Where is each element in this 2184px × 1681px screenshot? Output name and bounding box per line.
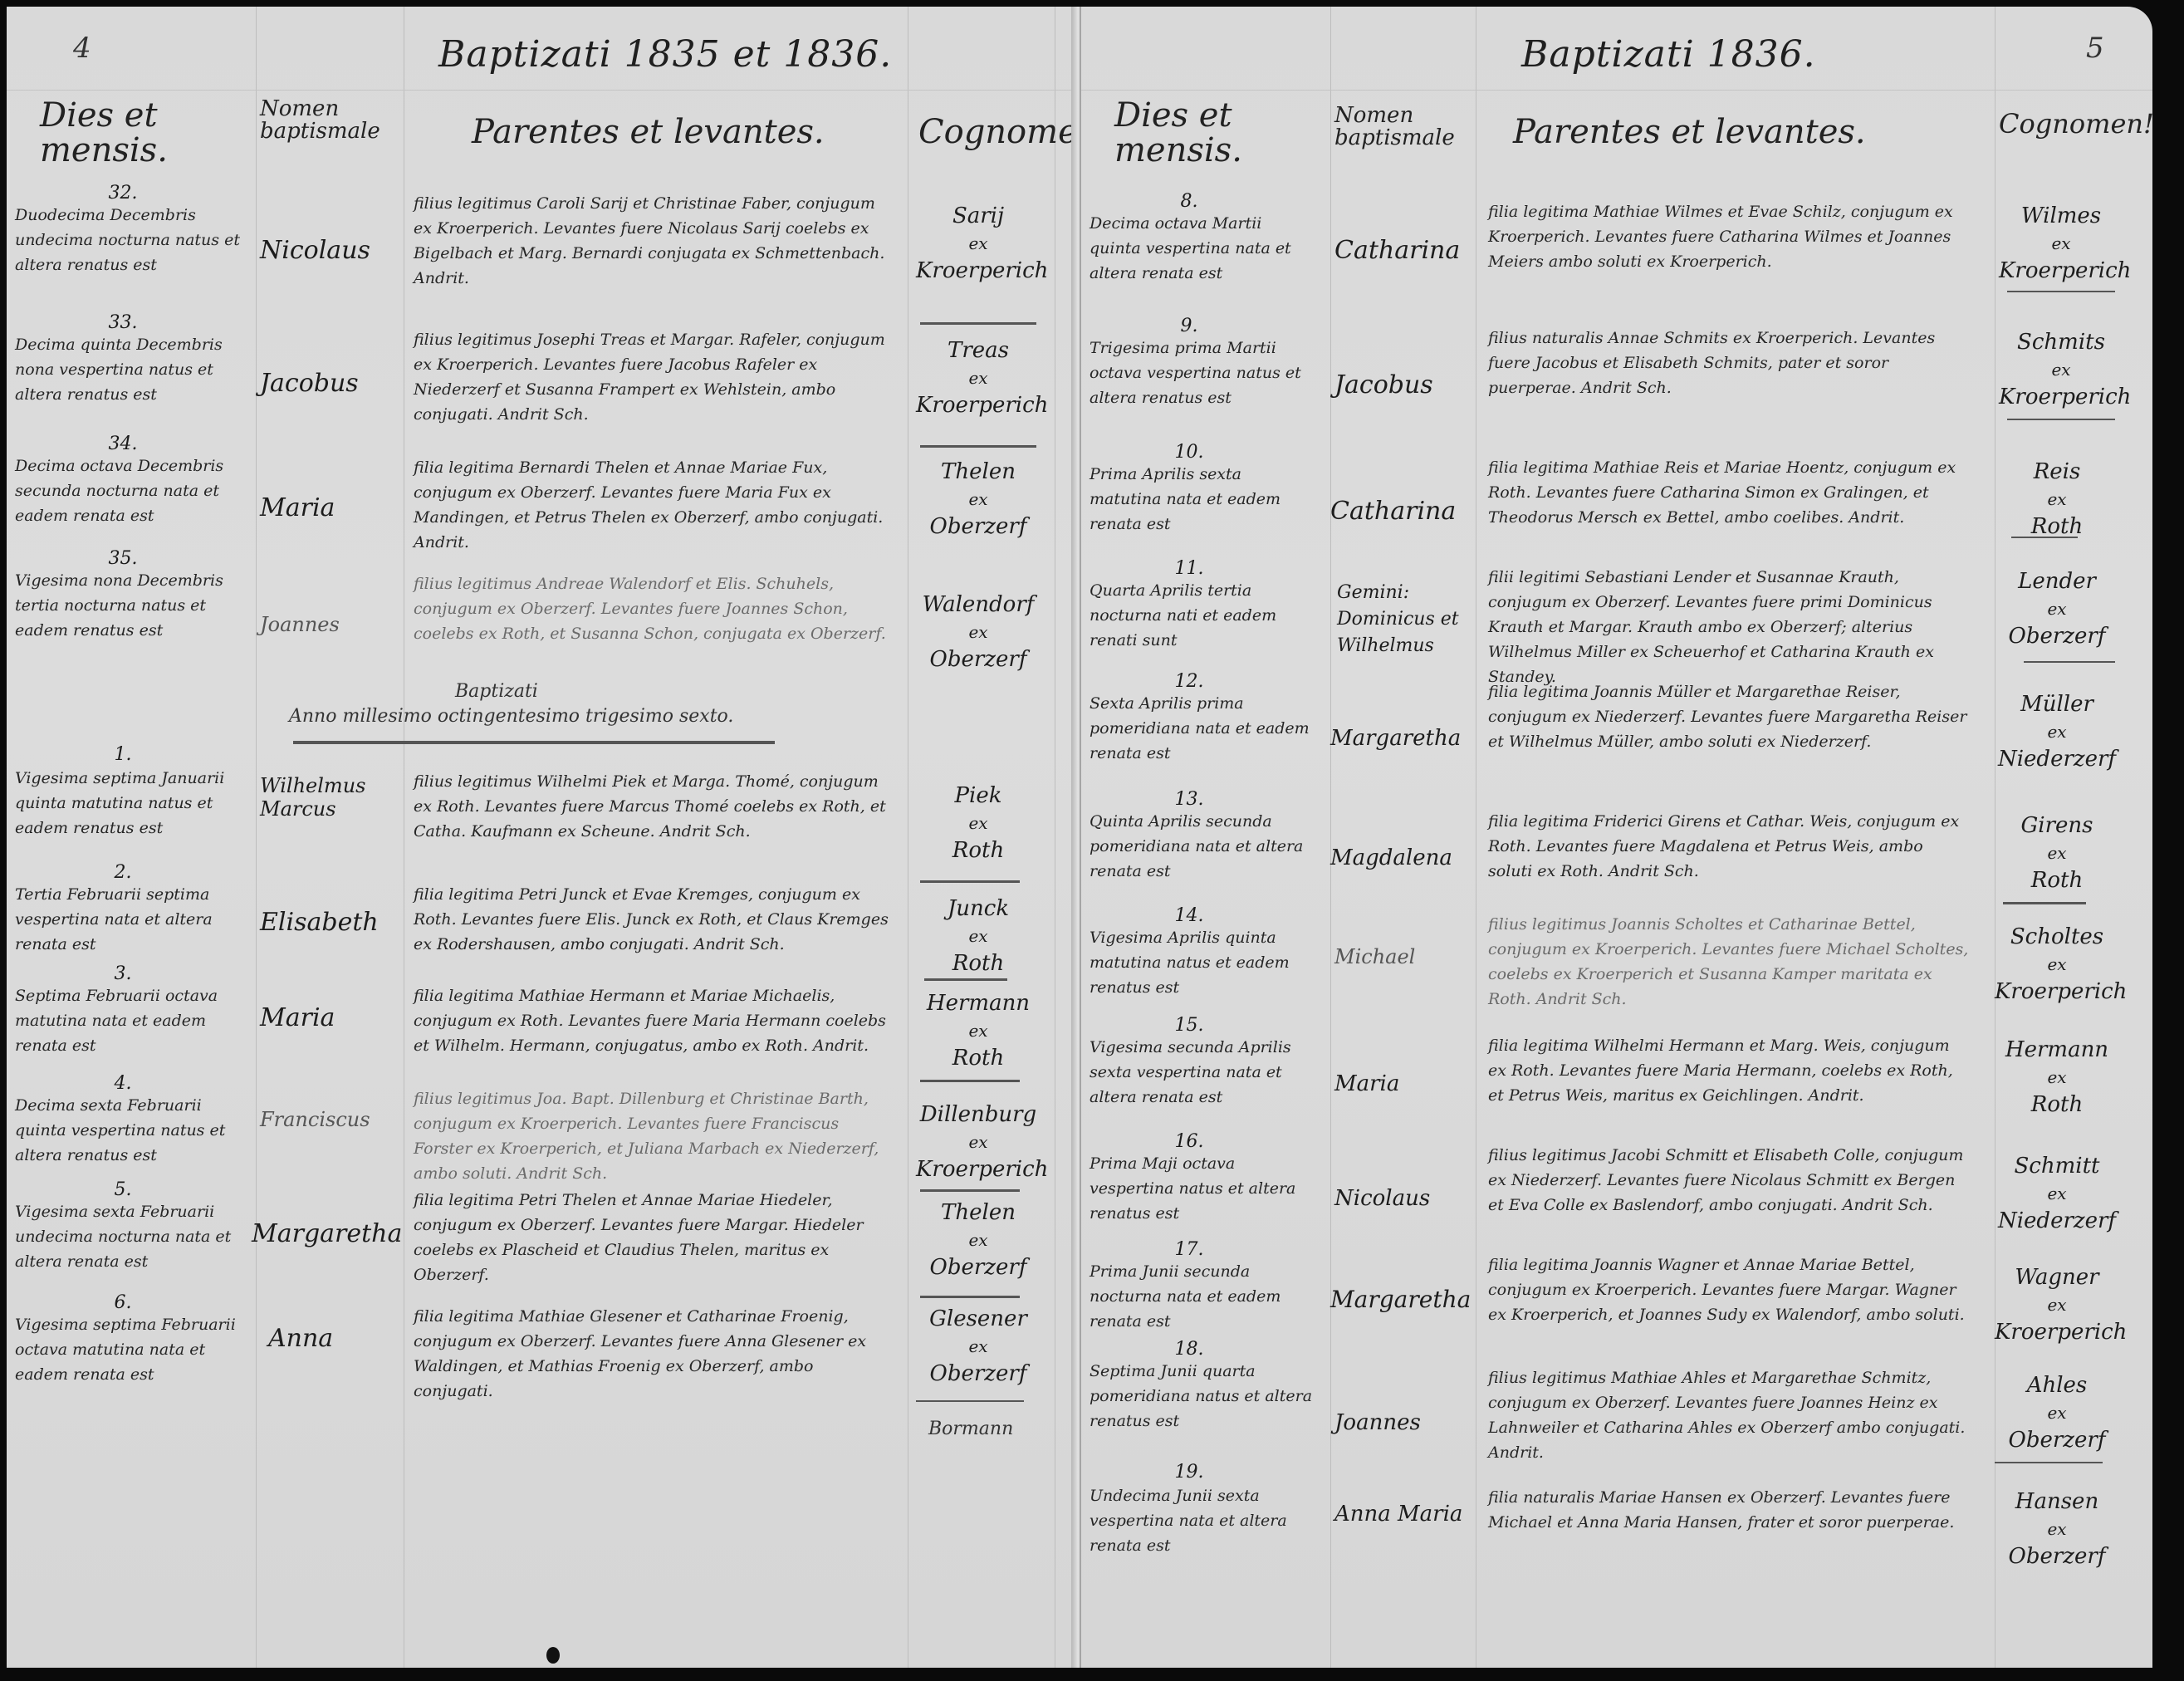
surname: Wilmes ex Kroerperich bbox=[1999, 199, 2123, 287]
column-divider bbox=[1330, 7, 1331, 1668]
entry-number: 2. bbox=[98, 862, 148, 883]
header-rule bbox=[7, 90, 1078, 91]
ink-blot bbox=[546, 1647, 560, 1664]
baptismal-name: Nicolaus bbox=[1334, 1186, 1430, 1211]
entry-date: Quarta Aprilis tertia nocturna nati et e… bbox=[1090, 578, 1318, 653]
baptismal-name: Margaretha bbox=[1330, 726, 1461, 751]
column-divider bbox=[1476, 7, 1476, 1668]
page-title: Baptizati 1836. bbox=[1521, 33, 1816, 76]
entry-separator bbox=[920, 445, 1036, 448]
baptismal-name: Margaretha bbox=[1330, 1286, 1471, 1313]
surname: Schmits ex Kroerperich bbox=[1999, 326, 2123, 414]
entry-date: Septima Junii quarta pomeridiana natus e… bbox=[1090, 1359, 1318, 1434]
entry-number: 34. bbox=[98, 434, 148, 454]
entry-number: 14. bbox=[1164, 905, 1214, 926]
entry-separator bbox=[2003, 902, 2086, 904]
baptismal-name: Franciscus bbox=[260, 1108, 370, 1131]
parents-sponsors: filius legitimus Josephi Treas et Margar… bbox=[414, 327, 895, 427]
baptismal-name: Jacobus bbox=[260, 369, 359, 398]
header-dies: Dies et mensis. bbox=[1114, 98, 1322, 168]
entry-separator bbox=[1995, 1462, 2103, 1463]
baptismal-name: Elisabeth bbox=[260, 908, 379, 937]
priest-signature: Bormann bbox=[928, 1419, 1013, 1439]
baptismal-name: Gemini: Dominicus et Wilhelmus bbox=[1337, 580, 1474, 659]
surname: Hermann ex Roth bbox=[916, 987, 1041, 1075]
entry-number: 1. bbox=[98, 744, 148, 765]
entry-date: Prima Junii secunda nocturna nata et ead… bbox=[1090, 1259, 1318, 1334]
entry-number: 19. bbox=[1164, 1462, 1214, 1483]
entry-date: Trigesima prima Martii octava vespertina… bbox=[1090, 336, 1318, 410]
entry-number: 15. bbox=[1164, 1015, 1214, 1036]
section-heading-line1: Baptizati bbox=[455, 681, 538, 702]
surname: Reis ex Roth bbox=[1995, 455, 2119, 543]
entry-number: 5. bbox=[98, 1179, 148, 1200]
entry-date: Decima quinta Decembris nona vespertina … bbox=[15, 332, 243, 407]
entry-number: 3. bbox=[98, 963, 148, 984]
section-rule bbox=[293, 741, 775, 744]
parents-sponsors: filius legitimus Jacobi Schmitt et Elisa… bbox=[1488, 1143, 1970, 1218]
entry-date: Decima octava Martii quinta vespertina n… bbox=[1090, 211, 1318, 286]
parents-sponsors: filia legitima Petri Junck et Evae Kremg… bbox=[414, 882, 895, 957]
entry-separator bbox=[2024, 661, 2115, 663]
baptismal-name: Magdalena bbox=[1330, 845, 1452, 870]
entry-date: Decima octava Decembris secunda nocturna… bbox=[15, 453, 243, 528]
entry-number: 9. bbox=[1164, 316, 1214, 336]
baptismal-name: Anna Maria bbox=[1334, 1502, 1472, 1527]
surname: Schmitt ex Niederzerf bbox=[1995, 1149, 2119, 1237]
surname: Wagner ex Kroerperich bbox=[1995, 1261, 2119, 1349]
parents-sponsors: filia legitima Mathiae Reis et Mariae Ho… bbox=[1488, 455, 1970, 530]
baptismal-name: Jacobus bbox=[1334, 370, 1433, 399]
page-number: 4 bbox=[73, 32, 91, 65]
surname: Thelen ex Oberzerf bbox=[916, 1196, 1041, 1284]
entry-number: 12. bbox=[1164, 671, 1214, 692]
left-page: 4 Baptizati 1835 et 1836. Dies et mensis… bbox=[7, 7, 1080, 1668]
entry-separator bbox=[920, 1080, 1020, 1082]
entry-separator bbox=[920, 1189, 1020, 1192]
entry-date: Vigesima septima Januarii quinta matutin… bbox=[15, 766, 243, 840]
column-divider bbox=[404, 7, 404, 1668]
surname: Müller ex Niederzerf bbox=[1995, 688, 2119, 776]
entry-date: Vigesima sexta Februarii undecima noctur… bbox=[15, 1199, 243, 1274]
register-spread: 4 Baptizati 1835 et 1836. Dies et mensis… bbox=[0, 0, 2184, 1681]
parents-sponsors: filia legitima Friderici Girens et Catha… bbox=[1488, 809, 1970, 884]
entry-date: Vigesima secunda Aprilis sexta vespertin… bbox=[1090, 1035, 1318, 1110]
surname: Treas ex Kroerperich bbox=[916, 334, 1041, 422]
entry-separator bbox=[920, 322, 1036, 325]
baptismal-name: Catharina bbox=[1334, 236, 1460, 265]
baptismal-name: Michael bbox=[1334, 945, 1415, 968]
parents-sponsors: filia legitima Wilhelmi Hermann et Marg.… bbox=[1488, 1033, 1970, 1108]
entry-number: 32. bbox=[98, 183, 148, 203]
entry-date: Vigesima septima Februarii octava matuti… bbox=[15, 1312, 243, 1387]
entry-date: Prima Maji octava vespertina natus et al… bbox=[1090, 1151, 1318, 1226]
parents-sponsors: filia legitima Bernardi Thelen et Annae … bbox=[414, 455, 895, 555]
column-divider bbox=[256, 7, 257, 1668]
parents-sponsors: filius legitimus Caroli Sarij et Christi… bbox=[414, 191, 895, 291]
parents-sponsors: filia legitima Petri Thelen et Annae Mar… bbox=[414, 1188, 895, 1287]
page-number: 5 bbox=[2086, 32, 2104, 65]
header-nomen: Nomen baptismale bbox=[260, 98, 401, 144]
surname: Ahles ex Oberzerf bbox=[1995, 1369, 2119, 1457]
right-page: 5 Baptizati 1836. Dies et mensis. Nomen … bbox=[1080, 7, 2152, 1668]
surname: Hansen ex Oberzerf bbox=[1995, 1485, 2119, 1573]
entry-number: 13. bbox=[1164, 789, 1214, 810]
parents-sponsors: filius legitimus Joannis Scholtes et Cat… bbox=[1488, 912, 1970, 1012]
baptismal-name: Margaretha bbox=[252, 1219, 402, 1248]
header-parentes: Parentes et levantes. bbox=[472, 115, 825, 149]
entry-number: 33. bbox=[98, 312, 148, 333]
parents-sponsors: filia legitima Mathiae Glesener et Catha… bbox=[414, 1304, 895, 1404]
surname: Sarij ex Kroerperich bbox=[916, 199, 1041, 287]
parents-sponsors: filia naturalis Mariae Hansen ex Oberzer… bbox=[1488, 1485, 1970, 1535]
entry-number: 11. bbox=[1164, 558, 1214, 579]
baptismal-name: Joannes bbox=[1334, 1410, 1421, 1435]
parents-sponsors: filius legitimus Joa. Bapt. Dillenburg e… bbox=[414, 1086, 895, 1186]
surname: Junck ex Roth bbox=[916, 892, 1041, 980]
parents-sponsors: filius naturalis Annae Schmits ex Kroerp… bbox=[1488, 326, 1970, 400]
entry-number: 10. bbox=[1164, 442, 1214, 463]
entry-number: 17. bbox=[1164, 1239, 1214, 1260]
surname: Glesener ex Oberzerf bbox=[916, 1302, 1041, 1390]
baptismal-name: Anna bbox=[268, 1324, 333, 1353]
entry-date: Vigesima nona Decembris tertia nocturna … bbox=[15, 568, 243, 643]
parents-sponsors: filia legitima Joannis Wagner et Annae M… bbox=[1488, 1252, 1970, 1327]
entry-date: Septima Februarii octava matutina nata e… bbox=[15, 983, 243, 1058]
surname: Dillenburg ex Kroerperich bbox=[916, 1098, 1041, 1186]
surname: Hermann ex Roth bbox=[1995, 1033, 2119, 1121]
entry-date: Vigesima Aprilis quinta matutina natus e… bbox=[1090, 925, 1318, 1000]
entry-separator bbox=[920, 1296, 1020, 1298]
parents-sponsors: filius legitimus Andreae Walendorf et El… bbox=[414, 571, 895, 646]
entry-date: Prima Aprilis sexta matutina nata et ead… bbox=[1090, 462, 1318, 537]
surname: Piek ex Roth bbox=[916, 779, 1041, 867]
entry-date: Undecima Junii sexta vespertina nata et … bbox=[1090, 1483, 1318, 1558]
parents-sponsors: filius legitimus Mathiae Ahles et Margar… bbox=[1488, 1365, 1970, 1465]
entry-date: Sexta Aprilis prima pomeridiana nata et … bbox=[1090, 691, 1318, 766]
baptismal-name: Wilhelmus Marcus bbox=[260, 774, 405, 821]
entry-separator bbox=[2007, 291, 2115, 292]
surname: Walendorf ex Oberzerf bbox=[916, 588, 1041, 676]
entry-number: 16. bbox=[1164, 1131, 1214, 1152]
header-parentes: Parentes et levantes. bbox=[1513, 115, 1866, 149]
surname: Girens ex Roth bbox=[1995, 809, 2119, 897]
entry-number: 8. bbox=[1164, 191, 1214, 212]
baptismal-name: Maria bbox=[260, 1003, 335, 1032]
section-heading-line2: Anno millesimo octingentesimo trigesimo … bbox=[289, 706, 733, 727]
entry-date: Duodecima Decembris undecima nocturna na… bbox=[15, 203, 243, 277]
entry-number: 6. bbox=[98, 1292, 148, 1313]
header-dies: Dies et mensis. bbox=[40, 98, 247, 168]
header-cognomen: Cognome bbox=[918, 115, 1078, 149]
entry-number: 4. bbox=[98, 1073, 148, 1094]
entry-separator bbox=[2007, 419, 2115, 420]
column-divider bbox=[1055, 7, 1055, 1668]
entry-number: 35. bbox=[98, 548, 148, 569]
page-title: Baptizati 1835 et 1836. bbox=[438, 33, 892, 76]
parents-sponsors: filius legitimus Wilhelmi Piek et Marga.… bbox=[414, 769, 895, 844]
entry-number: 18. bbox=[1164, 1339, 1214, 1360]
surname: Lender ex Oberzerf bbox=[1995, 565, 2119, 653]
header-nomen: Nomen baptismale bbox=[1334, 105, 1476, 150]
baptismal-name: Joannes bbox=[260, 613, 340, 636]
entry-separator bbox=[924, 978, 1007, 981]
surname: Scholtes ex Kroerperich bbox=[1995, 920, 2119, 1008]
entry-date: Quinta Aprilis secunda pomeridiana nata … bbox=[1090, 809, 1318, 884]
entry-separator bbox=[2011, 537, 2078, 538]
parents-sponsors: filia legitima Joannis Müller et Margare… bbox=[1488, 679, 1970, 754]
parents-sponsors: filia legitima Mathiae Wilmes et Evae Sc… bbox=[1488, 199, 1970, 274]
parents-sponsors: filia legitima Mathiae Hermann et Mariae… bbox=[414, 983, 895, 1058]
entry-separator bbox=[916, 1400, 1024, 1402]
baptismal-name: Maria bbox=[1334, 1071, 1399, 1096]
header-rule bbox=[1081, 90, 2152, 91]
column-divider bbox=[908, 7, 908, 1668]
entry-separator bbox=[920, 880, 1020, 883]
entry-date: Decima sexta Februarii quinta vespertina… bbox=[15, 1093, 243, 1168]
baptismal-name: Nicolaus bbox=[260, 236, 370, 265]
baptismal-name: Maria bbox=[260, 493, 335, 522]
surname: Thelen ex Oberzerf bbox=[916, 455, 1041, 543]
baptismal-name: Catharina bbox=[1330, 497, 1456, 526]
entry-date: Tertia Februarii septima vespertina nata… bbox=[15, 882, 243, 957]
header-cognomen: Cognomen! bbox=[1999, 110, 2152, 139]
parents-sponsors: filii legitimi Sebastiani Lender et Susa… bbox=[1488, 565, 1970, 689]
